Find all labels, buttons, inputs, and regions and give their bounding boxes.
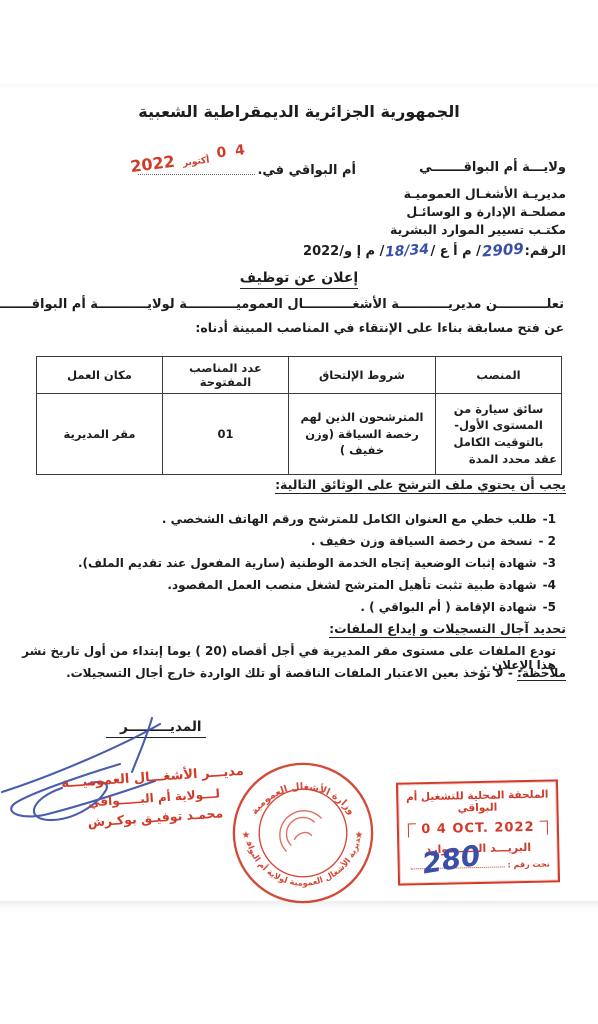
document-item: 1-طلب خطي مع العنوان الكامل للمترشح ورقم… bbox=[20, 508, 556, 530]
seal-star-left: ★ bbox=[242, 830, 251, 841]
th-conditions: شروط الإلتحاق bbox=[289, 357, 436, 394]
note-text: - لا تؤخذ بعين الاعتبار الملفات الناقصة … bbox=[66, 666, 517, 680]
intro-line-1: تعلـــــــــــن مديريـــــــــــة الأشغـ… bbox=[34, 297, 564, 312]
document-item: 3-شهادة إثبات الوضعية إتجاه الخدمة الوطن… bbox=[20, 552, 556, 574]
place-date-text: أم البواقي في. bbox=[257, 163, 356, 178]
item-text: شهادة طبية تثبت تأهيل المترشح لشغل منصب … bbox=[167, 578, 536, 592]
announcement-title: إعلان عن توظيف bbox=[240, 270, 358, 289]
th-workplace: مكان العمل bbox=[37, 357, 163, 394]
item-number: 2 - bbox=[538, 530, 556, 552]
registry-stamp-title: الملحقة المحلية للتشغيل أم البواقي bbox=[398, 788, 556, 815]
republic-title: الجمهورية الجزائرية الديمقراطية الشعبية bbox=[0, 102, 598, 121]
document-item: 5-شهادة الإقامة ( أم البواقي ) . bbox=[20, 596, 556, 618]
wilaya-line: ولايـــة أم البواقـــــــي bbox=[419, 160, 566, 175]
scan-edge-bottom bbox=[0, 901, 598, 913]
th-position: المنصب bbox=[436, 357, 562, 394]
cell-workplace: مقر المديرية bbox=[37, 394, 163, 475]
ref-year: / م إ و/2022 bbox=[303, 244, 384, 259]
positions-table: المنصب شروط الإلتحاق عدد المناصب المفتوح… bbox=[36, 356, 562, 475]
contract-text: عقد محدد المدة bbox=[440, 451, 557, 468]
ref-code: / م أ ع / bbox=[430, 244, 480, 259]
position-text: سائق سيارة من المستوى الأول- بالتوقيت ال… bbox=[440, 401, 557, 451]
date-stamp-day: 0 4 bbox=[216, 142, 248, 162]
note-line: ملاحظة: - لا تؤخذ بعين الاعتبار الملفات … bbox=[20, 666, 566, 680]
th-open-posts: عدد المناصب المفتوحة bbox=[163, 357, 289, 394]
document-item: 4-شهادة طبية تثبت تأهيل المترشح لشغل منص… bbox=[20, 574, 556, 596]
document-item: 2 -نسخة من رخصة السياقة وزن خفيف . bbox=[20, 530, 556, 552]
ministry-round-seal: وزارة الأشغال العمومية مديرية الأشغال ال… bbox=[230, 760, 376, 906]
scanned-document-page: الجمهورية الجزائرية الديمقراطية الشعبية … bbox=[0, 0, 598, 1024]
ref-number2-handwritten: 18/34 bbox=[385, 241, 430, 260]
table-row: سائق سيارة من المستوى الأول- بالتوقيت ال… bbox=[37, 394, 562, 475]
intro-line-2: عن فتح مسابقة بناءا على الإنتقاء في المن… bbox=[34, 320, 564, 335]
office-line: مكتـب تسيير الموارد البشرية bbox=[390, 222, 566, 237]
note-label: ملاحظة: bbox=[517, 666, 566, 681]
directorate-line: مديريـة الأشغـال العموميـة bbox=[404, 186, 566, 201]
item-text: شهادة الإقامة ( أم البواقي ) . bbox=[360, 600, 536, 614]
cell-conditions: المترشحون الذين لهم رخصة السياقة (وزن خف… bbox=[289, 394, 436, 475]
item-text: طلب خطي مع العنوان الكامل للمترشح ورقم ا… bbox=[162, 512, 537, 526]
deadlines-heading: تحديد آجال التسجيلات و إيداع الملفات: bbox=[329, 621, 566, 636]
cell-position: سائق سيارة من المستوى الأول- بالتوقيت ال… bbox=[436, 394, 562, 475]
svg-text:مديرية الأشغال العمومية لولاية: مديرية الأشغال العمومية لولاية أم البواق… bbox=[230, 760, 362, 889]
item-number: 3- bbox=[543, 552, 556, 574]
date-stamp-month: أكتوبر bbox=[182, 156, 210, 169]
registry-stamp-date-row: 0 4 OCT. 2022 bbox=[399, 819, 557, 837]
scan-edge-top bbox=[0, 84, 598, 88]
seal-ring-bottom-text: مديرية الأشغال العمومية لولاية أم البواق… bbox=[230, 760, 362, 889]
item-number: 1- bbox=[543, 508, 556, 530]
item-text: نسخة من رخصة السياقة وزن خفيف . bbox=[311, 534, 533, 548]
documents-heading: يجب أن يحتوي ملف الترشح على الوثائق التا… bbox=[275, 477, 566, 492]
seal-star-right: ★ bbox=[355, 830, 364, 841]
reference-line: الرقم: 2909 / م أ ع / 18/34 / م إ و/2022 bbox=[303, 241, 566, 259]
ref-number-handwritten: 2909 bbox=[481, 240, 524, 261]
service-line: مصلحـة الإدارة و الوسائـل bbox=[406, 204, 566, 219]
table-header-row: المنصب شروط الإلتحاق عدد المناصب المفتوح… bbox=[37, 357, 562, 394]
documents-list: 1-طلب خطي مع العنوان الكامل للمترشح ورقم… bbox=[20, 508, 556, 618]
dotted-line bbox=[138, 173, 255, 175]
signature-stroke bbox=[132, 718, 152, 772]
cell-open-posts: 01 bbox=[163, 394, 289, 475]
announcement-title-row: إعلان عن توظيف bbox=[0, 267, 598, 289]
algeria-emblem bbox=[280, 811, 322, 852]
item-number: 5- bbox=[543, 596, 556, 618]
bracket-right bbox=[539, 820, 547, 834]
registry-number-label: تحت رقم : bbox=[507, 860, 549, 870]
item-text: شهادة إثبات الوضعية إتجاه الخدمة الوطنية… bbox=[78, 556, 537, 570]
ref-label: الرقم: bbox=[525, 244, 566, 259]
item-number: 4- bbox=[543, 574, 556, 596]
registry-stamp-date: 0 4 OCT. 2022 bbox=[421, 820, 535, 837]
bracket-left bbox=[408, 823, 416, 837]
